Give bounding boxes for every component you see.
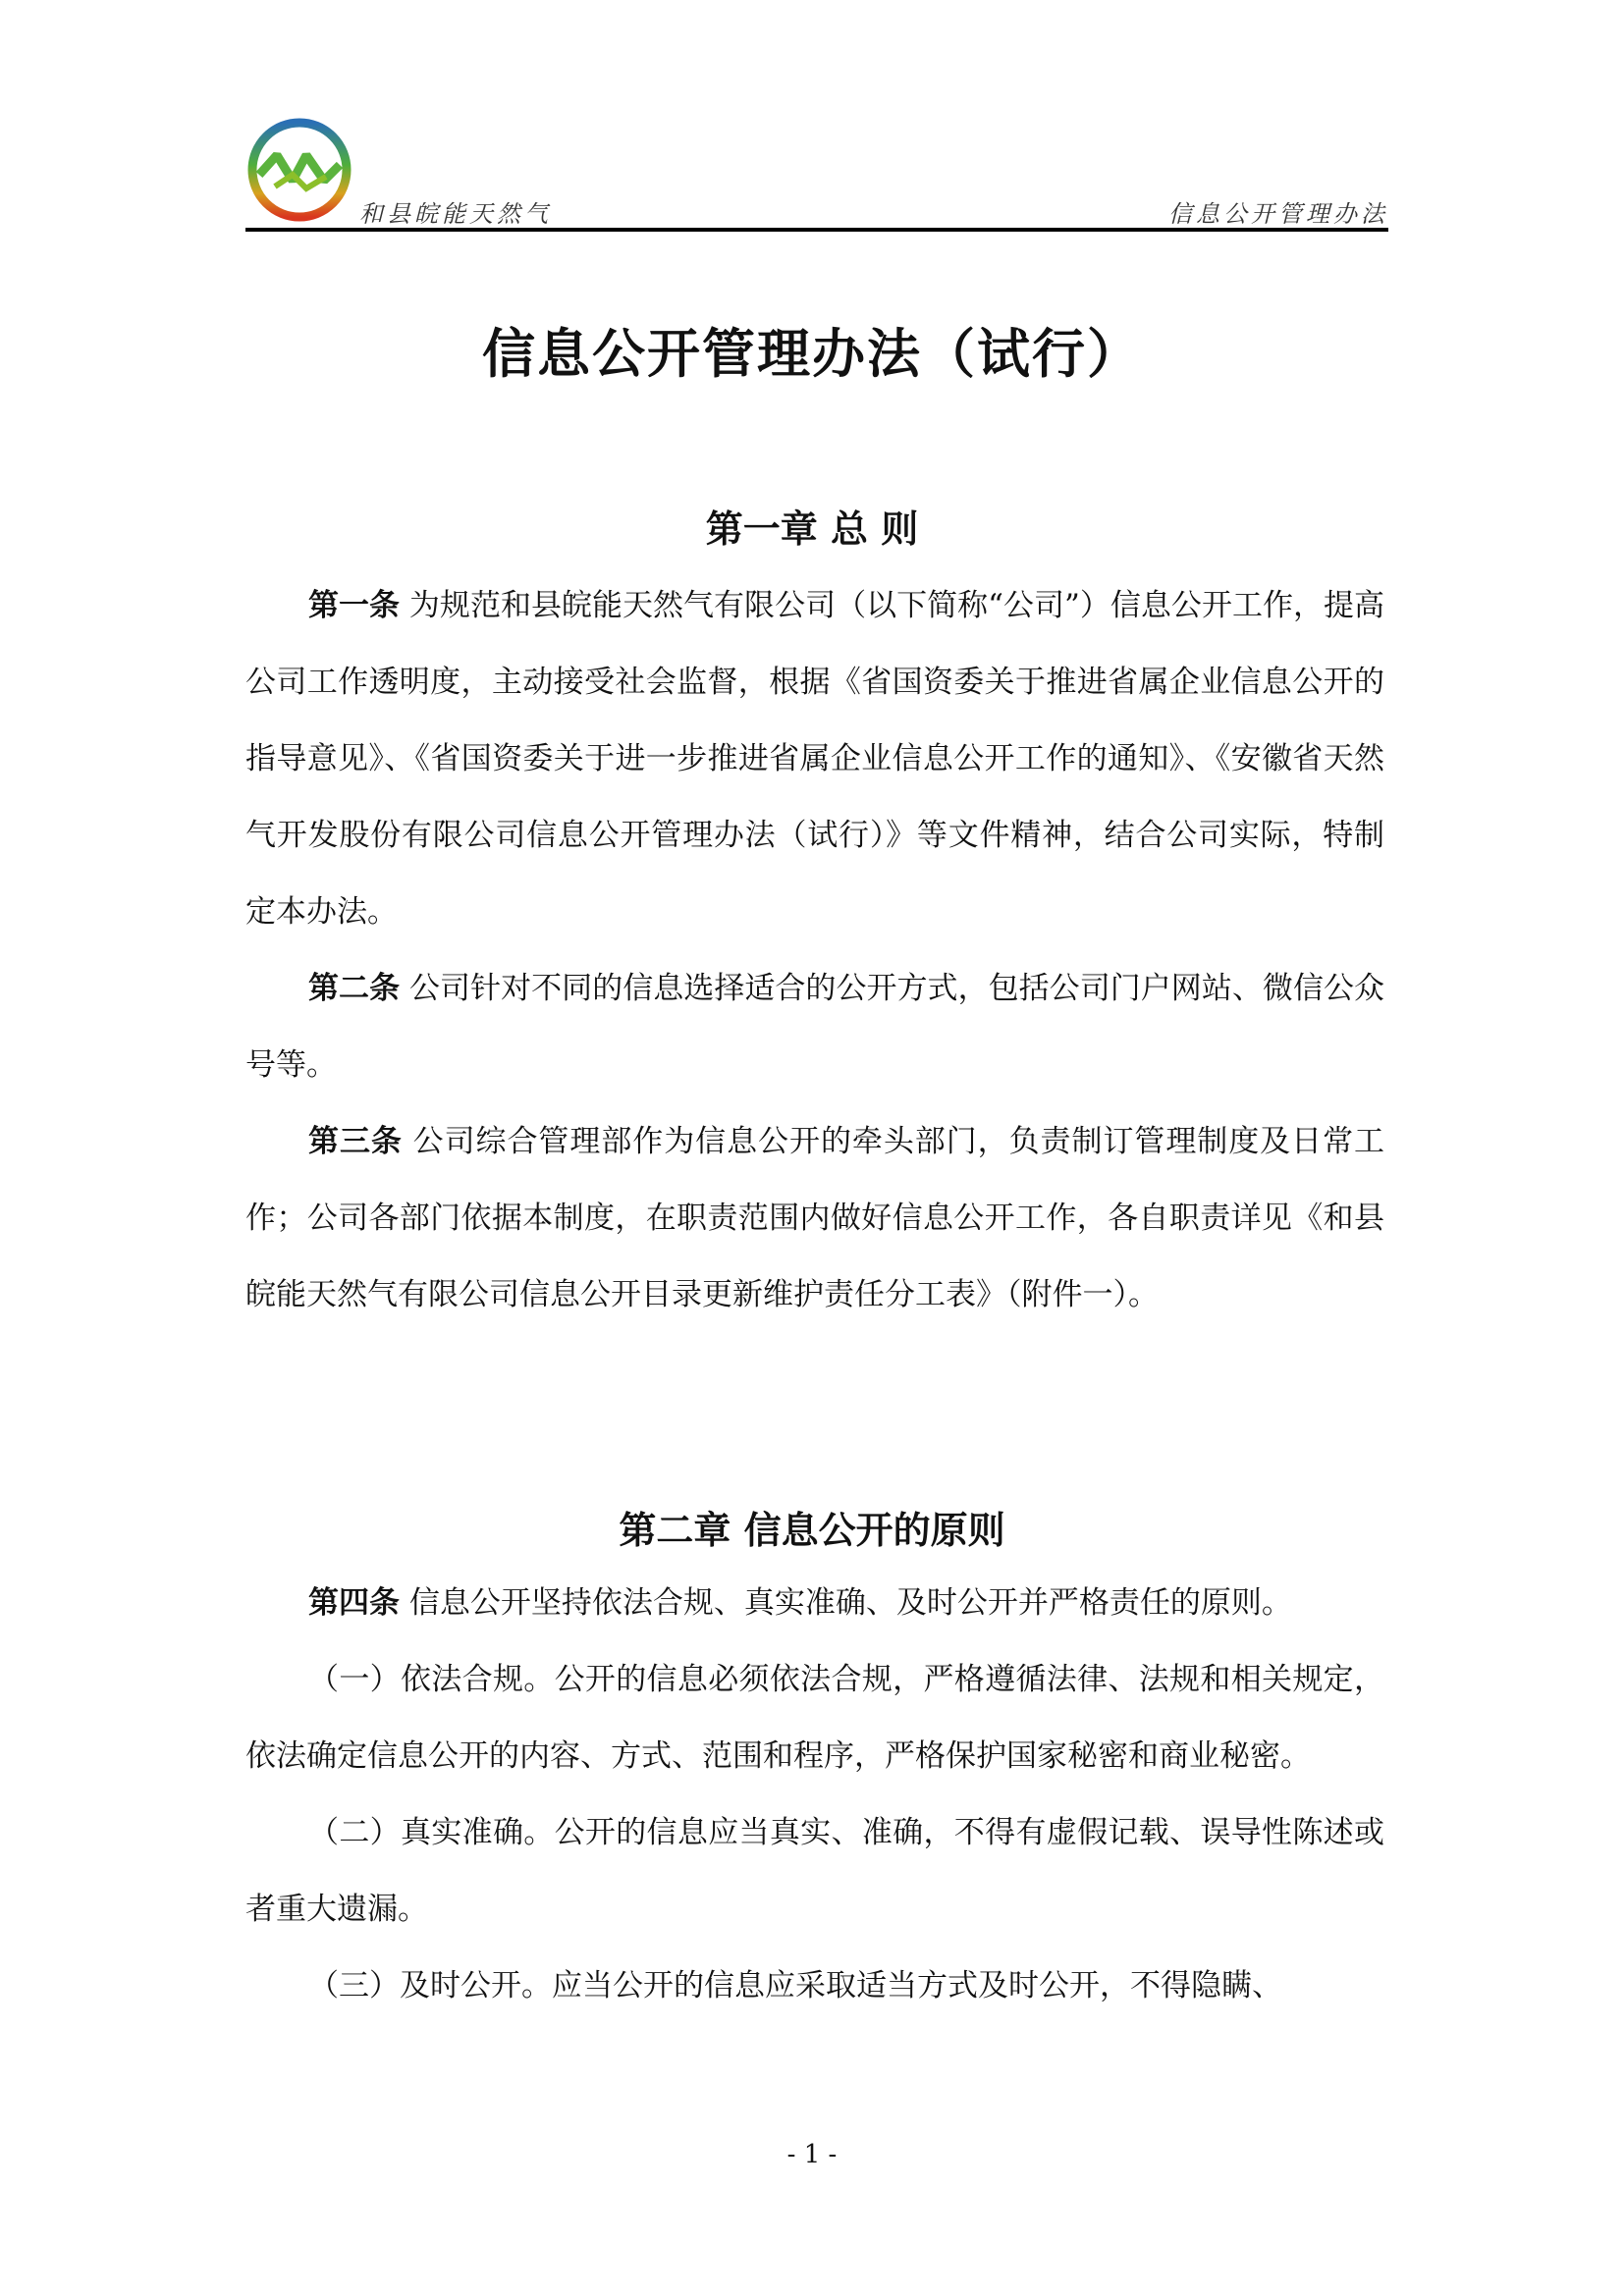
chapter-2-body: 第四条 信息公开坚持依法合规、真实准确、及时公开并严格责任的原则。 （一）依法合… (245, 1565, 1384, 2024)
principle-item-1: （一）依法合规。公开的信息必须依法合规，严格遵循法律、法规和相关规定，依法确定信… (245, 1641, 1384, 1794)
article-label: 第一条 (308, 588, 400, 623)
principle-item-2: （二）真实准确。公开的信息应当真实、准确，不得有虚假记载、误导性陈述或者重大遗漏… (245, 1794, 1384, 1948)
header-document-name: 信息公开管理办法 (1168, 194, 1388, 229)
article-label: 第三条 (308, 1124, 403, 1159)
article-4: 第四条 信息公开坚持依法合规、真实准确、及时公开并严格责任的原则。 (245, 1565, 1384, 1641)
chapter-heading-1: 第一章 总 则 (0, 499, 1624, 553)
page-number: - 1 - (0, 2140, 1624, 2169)
article-text: 为规范和县皖能天然气有限公司（以下简称“公司”）信息公开工作，提高公司工作透明度… (245, 588, 1384, 930)
chapter-1-body: 第一条 为规范和县皖能天然气有限公司（以下简称“公司”）信息公开工作，提高公司工… (245, 567, 1384, 1333)
article-text: 公司针对不同的信息选择适合的公开方式，包括公司门户网站、微信公众号等。 (245, 971, 1384, 1083)
article-label: 第二条 (308, 971, 400, 1006)
chapter-heading-2: 第二章 信息公开的原则 (0, 1500, 1624, 1554)
company-logo-icon (245, 116, 353, 224)
article-label: 第四条 (308, 1585, 400, 1621)
header-company-name: 和县皖能天然气 (359, 194, 552, 229)
article-1: 第一条 为规范和县皖能天然气有限公司（以下简称“公司”）信息公开工作，提高公司工… (245, 567, 1384, 950)
document-title: 信息公开管理办法（试行） (0, 312, 1624, 388)
article-3: 第三条 公司综合管理部作为信息公开的牵头部门，负责制订管理制度及日常工作；公司各… (245, 1103, 1384, 1333)
document-page: 和县皖能天然气 信息公开管理办法 信息公开管理办法（试行） 第一章 总 则 第一… (0, 0, 1624, 2296)
article-text: 公司综合管理部作为信息公开的牵头部门，负责制订管理制度及日常工作；公司各部门依据… (245, 1124, 1384, 1312)
principle-item-3: （三）及时公开。应当公开的信息应采取适当方式及时公开，不得隐瞒、 (245, 1948, 1384, 2024)
article-2: 第二条 公司针对不同的信息选择适合的公开方式，包括公司门户网站、微信公众号等。 (245, 950, 1384, 1103)
article-text: 信息公开坚持依法合规、真实准确、及时公开并严格责任的原则。 (409, 1585, 1292, 1621)
header-divider (245, 228, 1388, 232)
